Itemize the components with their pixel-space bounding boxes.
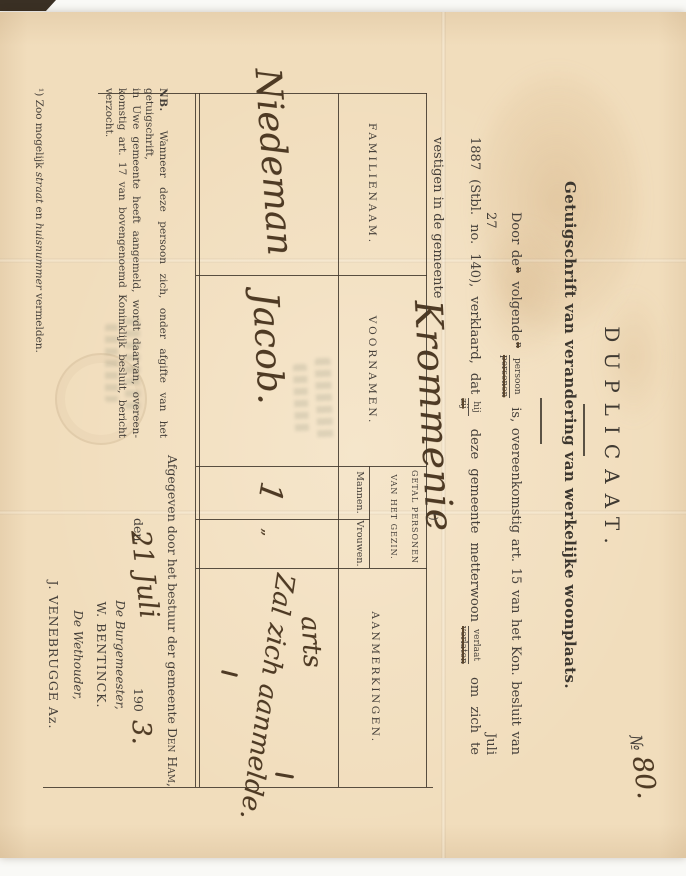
body-line1-mid: volgende bbox=[508, 281, 523, 341]
column-header-aanmerkingen: AANMERKINGEN. bbox=[369, 568, 381, 787]
option-verlaten-struck: verlaten bbox=[457, 626, 468, 664]
body-line1-pre: Door de bbox=[508, 212, 523, 266]
entry-aanmerkingen-note: Zal zich aanmelde. bbox=[234, 572, 300, 822]
footnote-italic-straat: straat bbox=[33, 172, 45, 203]
body-line-2: 1887 (Stbl. no. 140), verklaard, dathijz… bbox=[457, 137, 482, 755]
nb-line: NB. Wanneer deze persoon zich, onder afg… bbox=[142, 88, 169, 438]
column-header-familienaam: FAMILIENAAM. bbox=[366, 93, 378, 275]
scanned-certificate-page: №80. DUPLICAAT. Getuigschrift van verand… bbox=[0, 0, 686, 876]
ink-bleed-through bbox=[293, 364, 309, 434]
struck-option-n: n bbox=[513, 267, 523, 273]
body-line2-mid: deze gemeente metterwoon bbox=[467, 429, 482, 622]
table-column-separator bbox=[196, 568, 427, 569]
nb-note: NB. Wanneer deze persoon zich, onder afg… bbox=[101, 88, 169, 438]
document-number-handwritten: 80. bbox=[626, 754, 663, 801]
handwritten-date: 21 Juli bbox=[124, 529, 164, 620]
ink-bleed-through bbox=[315, 358, 334, 443]
option-persoon: persoon bbox=[509, 355, 522, 398]
printed-option-pair: hijzij bbox=[457, 398, 482, 415]
numero-sign: № bbox=[625, 733, 647, 752]
issuance-text: Afgegeven door het bestuur der gemeente bbox=[165, 455, 180, 728]
handwritten-year-digit: 3. bbox=[126, 720, 156, 745]
column-header-vrouwen: Vrouwen. bbox=[354, 519, 365, 568]
entry-voornamen: Jacob. bbox=[244, 291, 291, 405]
footnote-reference-mark: ¹) bbox=[427, 512, 440, 521]
footnote-italic-huisnummer: huisnummer bbox=[33, 223, 45, 290]
nb-line: komstig art. 17 van bovengenoemd Koninkl… bbox=[115, 88, 129, 438]
option-hij: hij bbox=[468, 398, 481, 415]
page-subtitle: Getuigschrift van verandering van werkel… bbox=[561, 12, 579, 858]
certificate-paper: №80. DUPLICAAT. Getuigschrift van verand… bbox=[0, 12, 686, 858]
scan-background-corner bbox=[0, 0, 56, 11]
issuance-statement: Afgegeven door het bestuur der gemeente … bbox=[165, 455, 180, 787]
option-personen-struck: personen bbox=[498, 355, 509, 398]
table-subheader-line bbox=[369, 466, 370, 568]
footnote: ¹) Zoo mogelijk straat en huisnummer ver… bbox=[33, 88, 45, 353]
entry-vrouwen-mark: „ bbox=[259, 528, 278, 536]
nb-line: in Uwe gemeente heeft aangemeld, wordt d… bbox=[128, 88, 142, 438]
fold-crease-vertical bbox=[0, 510, 686, 515]
nb-line-text: Wanneer deze persoon zich, onder afgifte… bbox=[143, 88, 169, 438]
divider-rule bbox=[540, 398, 542, 444]
pen-stroke bbox=[221, 670, 238, 677]
body-line-1: Door den volgendenpersoonpersonen is, ov… bbox=[483, 212, 523, 755]
page-title: DUPLICAAT. bbox=[600, 12, 624, 858]
nb-line: verzocht. bbox=[101, 88, 115, 438]
table-bottom-border bbox=[199, 93, 200, 787]
printed-option-pair: verlaatverlaten bbox=[457, 626, 482, 664]
footnote-mark: ¹) bbox=[33, 88, 45, 100]
printed-option-pair: persoonpersonen bbox=[498, 355, 523, 398]
entry-familienaam: Niedeman bbox=[247, 67, 301, 257]
footnote-text: en bbox=[33, 203, 45, 223]
table-bottom-border-double bbox=[195, 93, 196, 787]
signature-name-burgemeester: W. BENTINCK. bbox=[94, 560, 109, 750]
table-subcolumn-separator bbox=[196, 519, 370, 520]
column-header-van-het-gezin: VAN HET GEZIN. bbox=[389, 466, 398, 568]
table-header-separator bbox=[338, 93, 339, 787]
option-zij-struck: zij bbox=[457, 398, 468, 415]
divider-rule bbox=[583, 404, 585, 456]
entry-aanmerkingen-profession: arts bbox=[295, 615, 328, 668]
struck-option-n: n bbox=[513, 342, 523, 348]
pen-stroke bbox=[275, 772, 294, 778]
table-column-separator bbox=[196, 275, 427, 276]
signature-name-wethouder: J. VENEBRUGGE Az. bbox=[46, 560, 61, 750]
entry-mannen-count: 1 bbox=[251, 479, 292, 506]
column-header-getal-personen: GETAL PERSONEN bbox=[410, 466, 419, 568]
body-line2-post: om zich te bbox=[467, 677, 482, 755]
signature-role-wethouder: De Wethouder, bbox=[71, 560, 85, 750]
printed-year: 190 bbox=[131, 688, 146, 712]
footnote-text: Zoo mogelijk bbox=[33, 100, 45, 172]
nb-label: NB. bbox=[157, 88, 169, 112]
column-header-mannen: Mannen. bbox=[354, 466, 365, 519]
footnote-text: vermelden. bbox=[33, 290, 45, 353]
option-verlaat: verlaat bbox=[468, 626, 481, 664]
signature-role-burgemeester: De Burgemeester, bbox=[113, 560, 127, 750]
column-header-voornamen: VOORNAMEN. bbox=[366, 275, 378, 466]
table-top-border bbox=[426, 93, 427, 787]
issuing-municipality: Den Ham, bbox=[165, 728, 180, 787]
body-line2-pre: 1887 (Stbl. no. 140), verklaard, dat bbox=[467, 137, 482, 394]
document-number: №80. bbox=[623, 732, 663, 801]
